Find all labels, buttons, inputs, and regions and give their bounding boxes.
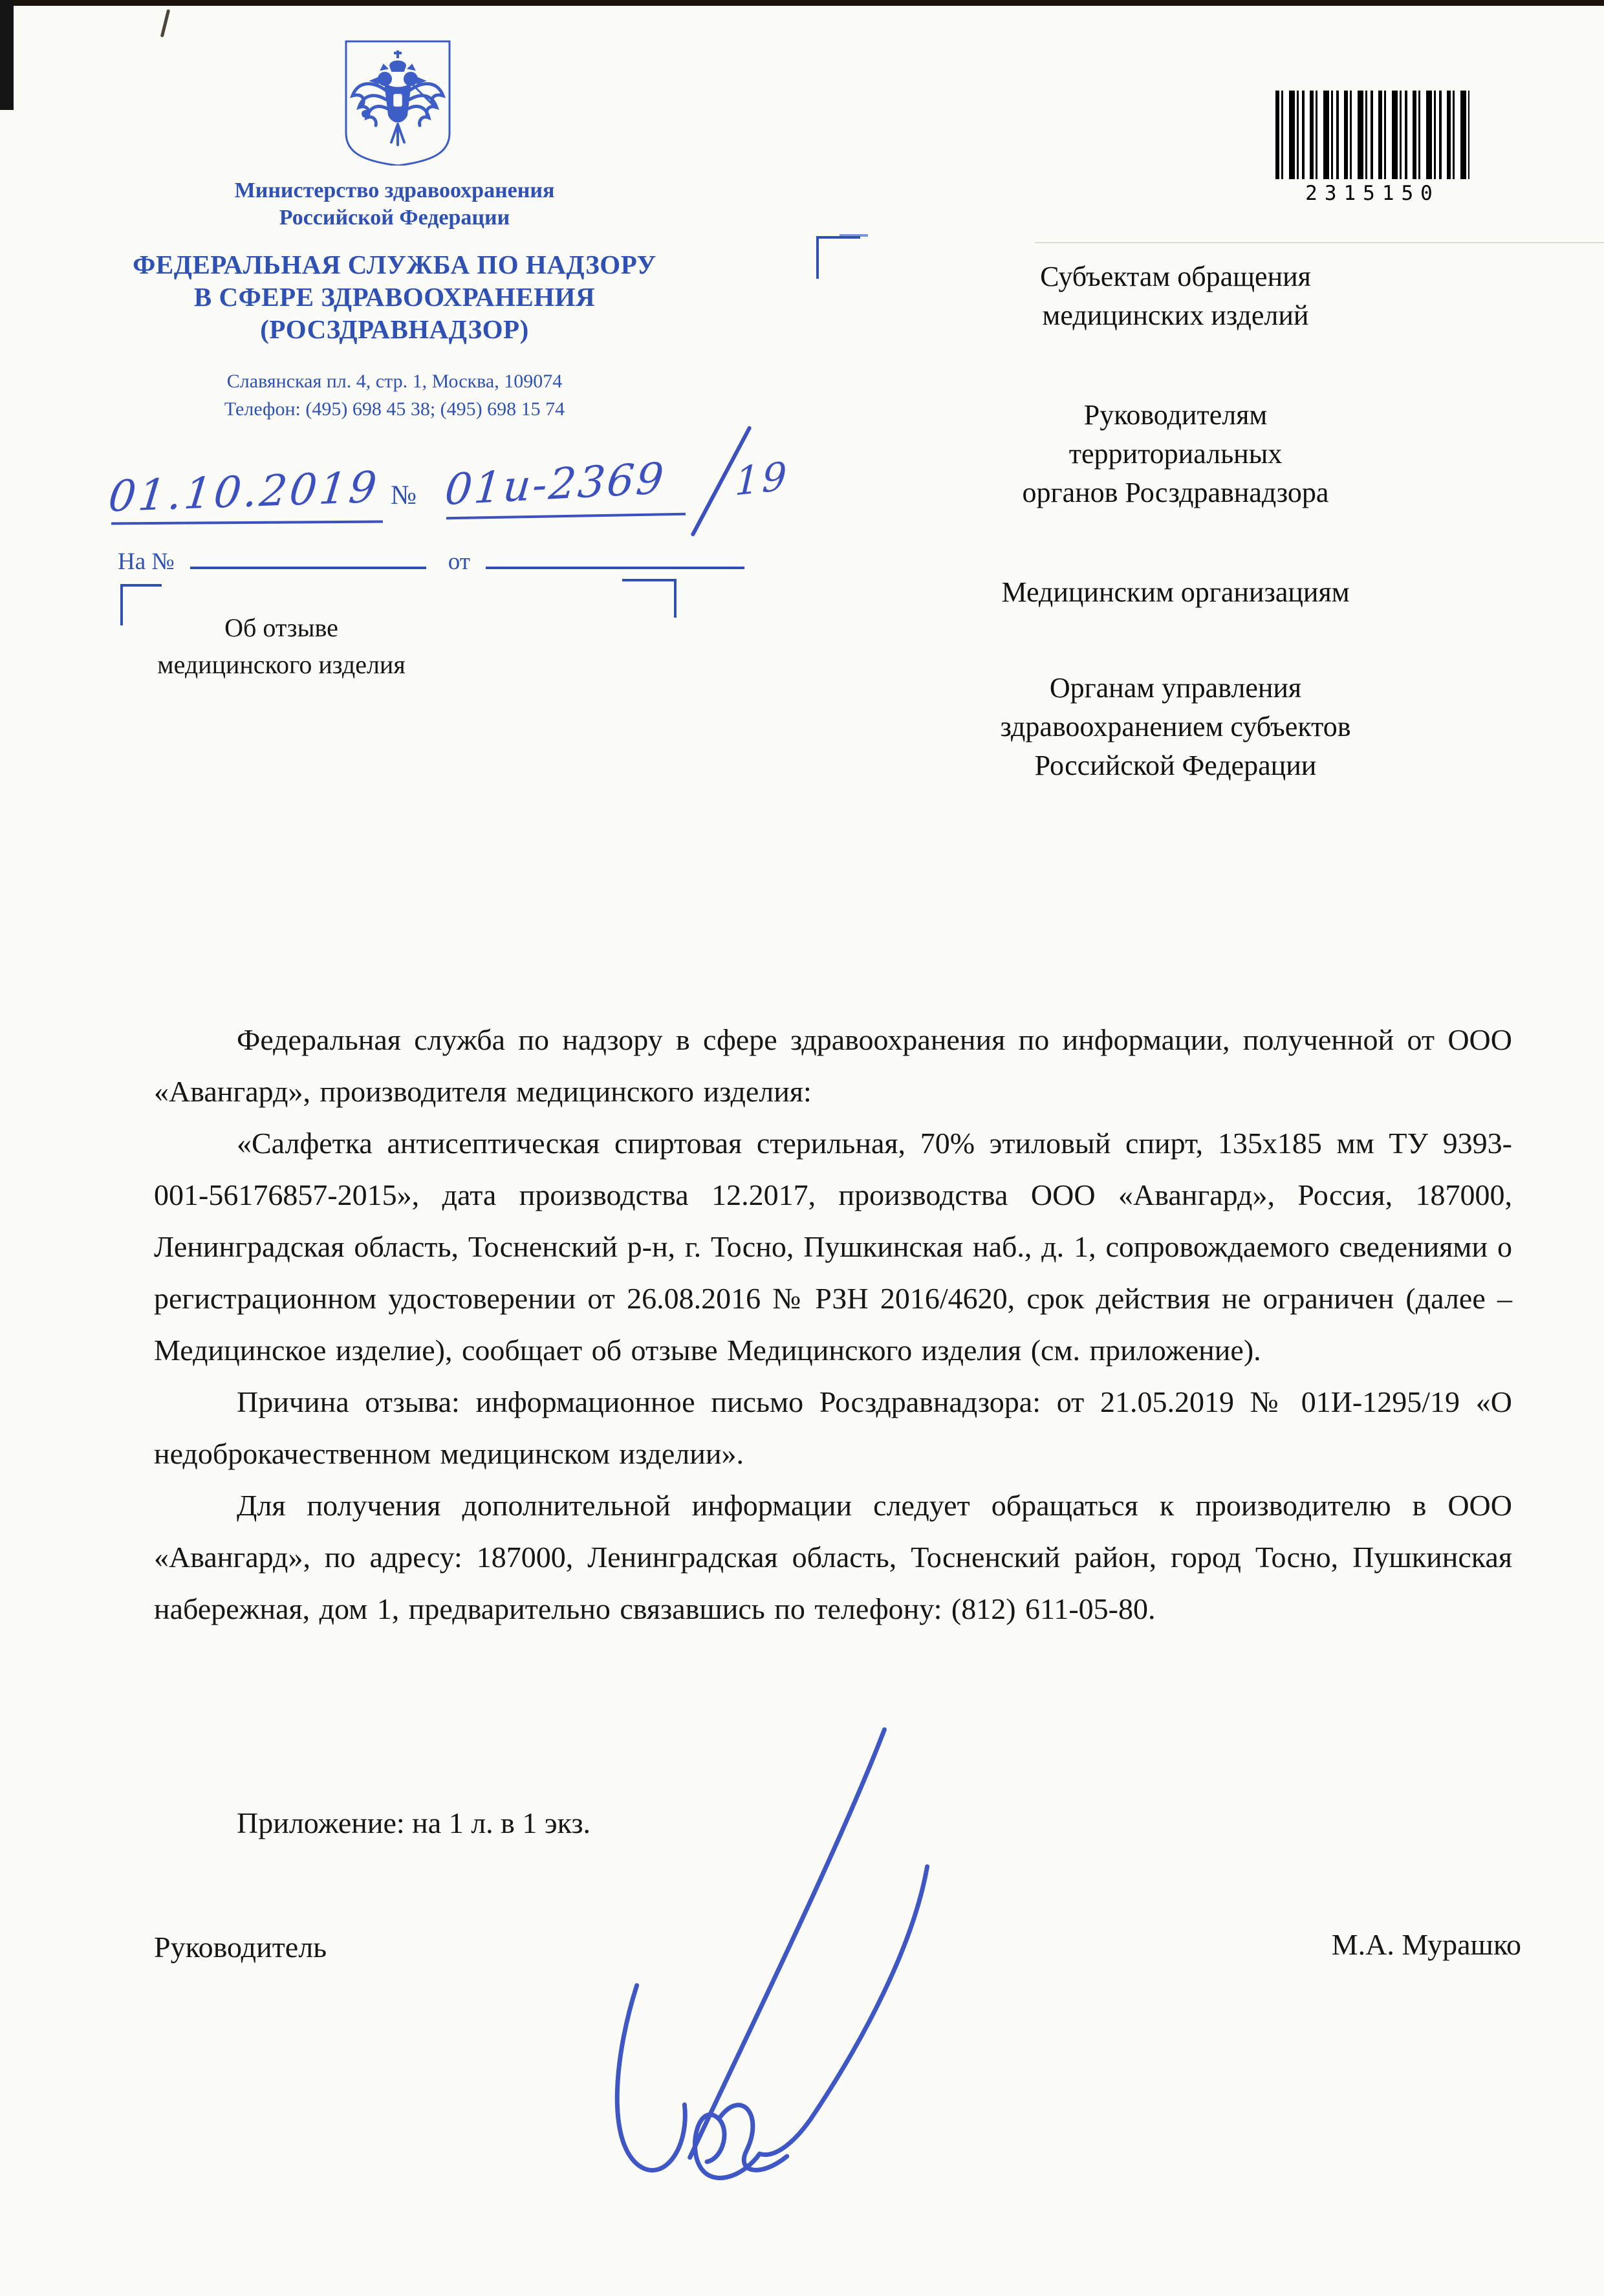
reply-from-label: от — [448, 548, 470, 575]
signer-name: М.А. Мурашко — [1332, 1927, 1521, 1962]
reply-reference-line: На №от — [118, 545, 744, 576]
number-underline — [446, 513, 686, 519]
reply-date-blank — [486, 545, 744, 569]
ministry-line2: Российской Федерации — [107, 204, 682, 232]
recipient-line: Руководителям — [828, 396, 1523, 435]
subject-line1: Об отзыве — [71, 609, 492, 646]
scan-edge-left — [0, 0, 14, 110]
barcode-number: 2315150 — [1275, 182, 1469, 205]
reply-prefix: На № — [118, 548, 175, 575]
recipient-line: медицинских изделий — [828, 296, 1523, 335]
contact-block: Славянская пл. 4, стр. 1, Москва, 109074… — [107, 367, 682, 423]
scan-edge-top — [0, 0, 1604, 6]
recipient-line: органов Росздравнадзора — [828, 473, 1523, 512]
recipient-line: здравоохранением субъектов — [828, 708, 1523, 746]
subject-line2: медицинского изделия — [71, 646, 492, 683]
handwritten-signature — [504, 1689, 1008, 2211]
recipient-group-subjects: Субъектам обращения медицинских изделий — [828, 257, 1523, 335]
recipient-group-health-authorities: Органам управления здравоохранением субъ… — [828, 669, 1523, 785]
service-name: ФЕДЕРАЛЬНАЯ СЛУЖБА ПО НАДЗОРУ В СФЕРЕ ЗД… — [107, 248, 682, 345]
barcode-bars — [1275, 91, 1469, 179]
recipient-group-heads: Руководителям территориальных органов Ро… — [828, 396, 1523, 512]
body-paragraph: Федеральная служба по надзору в сфере зд… — [154, 1014, 1512, 1118]
scanned-letter-page: Министерство здравоохранения Российской … — [0, 0, 1604, 2296]
handwritten-number: 01и-2369 — [443, 453, 667, 515]
signer-title: Руководитель — [154, 1930, 327, 1964]
address-line: Славянская пл. 4, стр. 1, Москва, 109074 — [107, 367, 682, 395]
recipient-line: территориальных — [828, 435, 1523, 473]
date-underline — [111, 521, 383, 525]
service-line3: (РОСЗДРАВНАДЗОР) — [107, 313, 682, 345]
barcode: 2315150 — [1275, 91, 1469, 205]
recipient-group-medical-orgs: Медицинским организациям — [828, 573, 1523, 612]
handwritten-number-suffix: 19 — [734, 453, 790, 504]
handwritten-date: 01.10.2019 — [106, 462, 382, 522]
subject-corner-mark-right — [622, 579, 677, 618]
number-sign: № — [391, 480, 417, 511]
ministry-name: Министерство здравоохранения Российской … — [107, 177, 682, 232]
stray-pen-mark — [160, 9, 170, 38]
recipients-column: Субъектам обращения медицинских изделий … — [828, 257, 1523, 785]
recipient-line: Субъектам обращения — [828, 257, 1523, 296]
recipient-line: Органам управления — [828, 669, 1523, 708]
letterhead: Министерство здравоохранения Российской … — [107, 177, 682, 423]
service-line1: ФЕДЕРАЛЬНАЯ СЛУЖБА ПО НАДЗОРУ — [107, 248, 682, 281]
body-paragraph: «Салфетка антисептическая спиртовая стер… — [154, 1118, 1512, 1376]
body-paragraph: Причина отзыва: информационное письмо Ро… — [154, 1376, 1512, 1480]
reply-number-blank — [190, 545, 426, 569]
service-line2: В СФЕРЕ ЗДРАВООХРАНЕНИЯ — [107, 281, 682, 313]
scan-fold-line — [1035, 242, 1604, 243]
body-paragraph: Для получения дополнительной информации … — [154, 1480, 1512, 1635]
recipient-line: Российской Федерации — [828, 746, 1523, 785]
russia-coat-of-arms-icon — [343, 39, 452, 166]
subject-block: Об отзыве медицинского изделия — [71, 609, 492, 683]
phone-line: Телефон: (495) 698 45 38; (495) 698 15 7… — [107, 395, 682, 423]
ministry-line1: Министерство здравоохранения — [107, 177, 682, 204]
recipient-line: Медицинским организациям — [828, 573, 1523, 612]
letter-body: Федеральная служба по надзору в сфере зд… — [154, 1014, 1512, 1635]
